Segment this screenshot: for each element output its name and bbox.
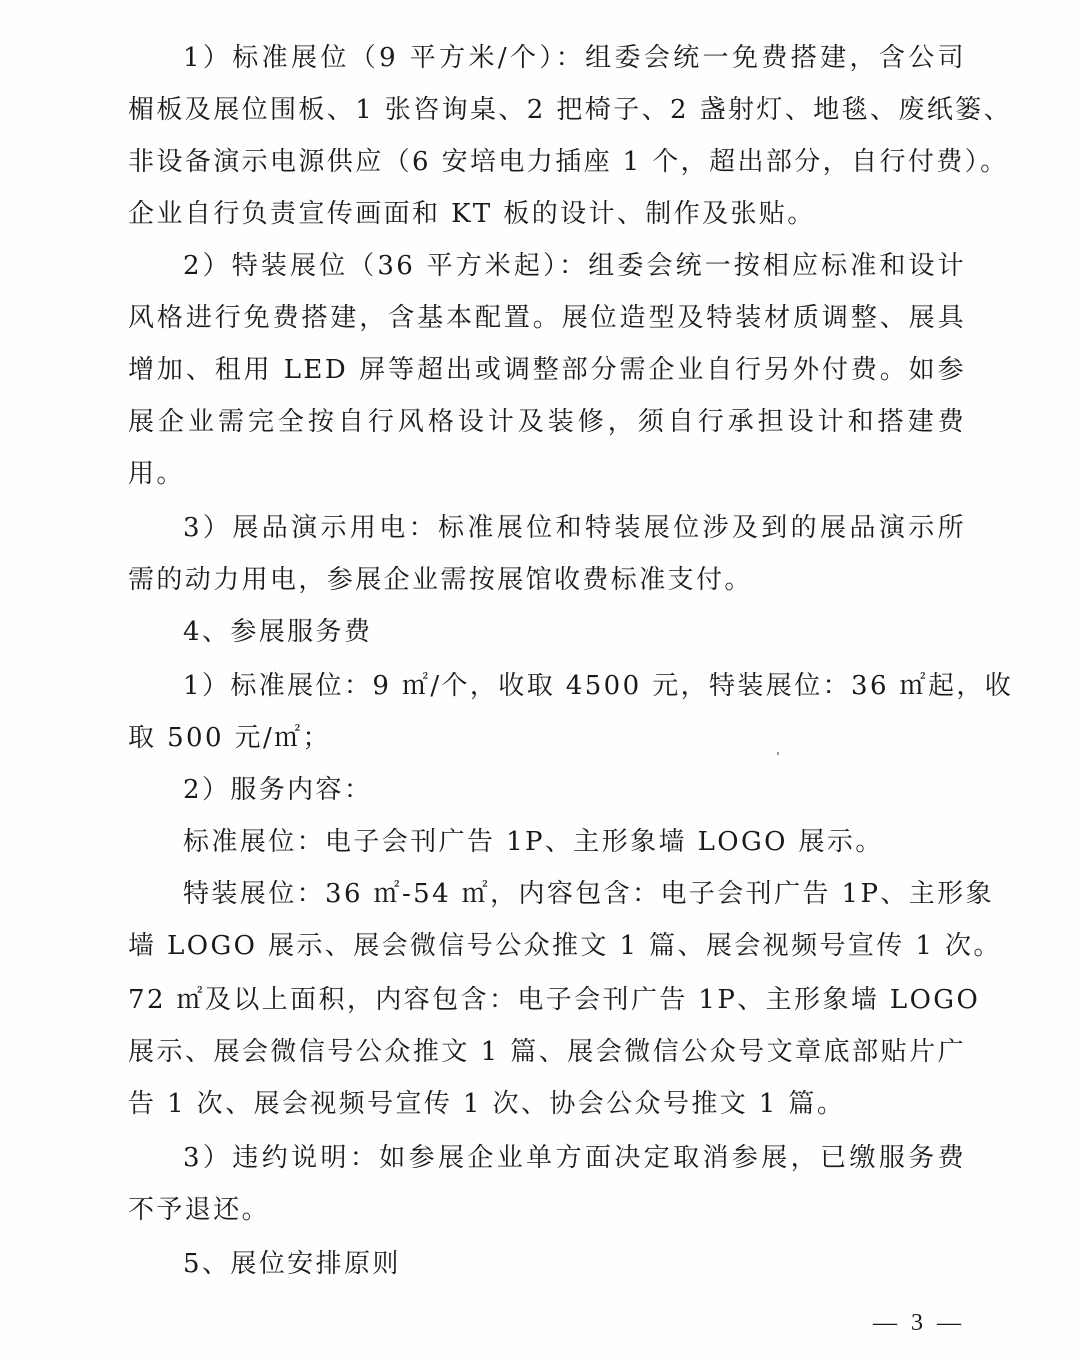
power-usage-paragraph-line-1: 3）展品演示用电：标准展位和特装展位涉及到的展品演示所 <box>183 508 966 548</box>
scan-speck <box>777 752 779 755</box>
section-heading-service-fee: 4、参展服务费 <box>183 612 966 652</box>
special-booth-paragraph-line-4: 展企业需完全按自行风格设计及装修，须自行承担设计和搭建费 <box>128 402 966 442</box>
standard-booth-paragraph-line-1: 1）标准展位（9 平方米/个）：组委会统一免费搭建，含公司 <box>183 38 966 78</box>
standard-booth-service-line: 标准展位：电子会刊广告 1P、主形象墙 LOGO 展示。 <box>183 822 966 862</box>
page-number: — 3 — <box>873 1305 965 1341</box>
large-booth-service-line-1: 72 ㎡及以上面积，内容包含：电子会刊广告 1P、主形象墙 LOGO <box>128 980 966 1020</box>
special-booth-service-line-1: 特装展位：36 ㎡-54 ㎡，内容包含：电子会刊广告 1P、主形象 <box>183 874 966 914</box>
special-booth-paragraph-line-5: 用。 <box>128 454 966 494</box>
breach-paragraph-line-2: 不予退还。 <box>128 1190 966 1230</box>
special-booth-paragraph-line-2: 风格进行免费搭建，含基本配置。展位造型及特装材质调整、展具 <box>128 298 966 338</box>
large-booth-service-line-3: 告 1 次、展会视频号宣传 1 次、协会公众号推文 1 篇。 <box>128 1084 966 1124</box>
breach-paragraph-line-1: 3）违约说明：如参展企业单方面决定取消参展，已缴服务费 <box>183 1138 966 1178</box>
service-content-heading: 2）服务内容： <box>183 770 966 810</box>
section-heading-booth-arrangement: 5、展位安排原则 <box>183 1244 966 1284</box>
standard-booth-paragraph-line-2: 楣板及展位围板、1 张咨询桌、2 把椅子、2 盏射灯、地毯、废纸篓、 <box>128 90 966 130</box>
standard-booth-paragraph-line-4: 企业自行负责宣传画面和 KT 板的设计、制作及张贴。 <box>128 194 966 234</box>
special-booth-paragraph-line-1: 2）特装展位（36 平方米起）：组委会统一按相应标准和设计 <box>183 246 966 286</box>
fee-paragraph-line-2: 取 500 元/㎡； <box>128 718 966 758</box>
special-booth-paragraph-line-3: 增加、租用 LED 屏等超出或调整部分需企业自行另外付费。如参 <box>128 350 966 390</box>
large-booth-service-line-2: 展示、展会微信号公众推文 1 篇、展会微信公众号文章底部贴片广 <box>128 1032 966 1072</box>
special-booth-service-line-2: 墙 LOGO 展示、展会微信号公众推文 1 篇、展会视频号宣传 1 次。 <box>128 926 966 966</box>
fee-paragraph-line-1: 1）标准展位：9 ㎡/个，收取 4500 元，特装展位：36 ㎡起，收 <box>183 666 966 706</box>
power-usage-paragraph-line-2: 需的动力用电，参展企业需按展馆收费标准支付。 <box>128 560 966 600</box>
document-page: 1）标准展位（9 平方米/个）：组委会统一免费搭建，含公司 楣板及展位围板、1 … <box>0 0 1080 1360</box>
standard-booth-paragraph-line-3: 非设备演示电源供应（6 安培电力插座 1 个，超出部分，自行付费）。 <box>128 142 966 182</box>
